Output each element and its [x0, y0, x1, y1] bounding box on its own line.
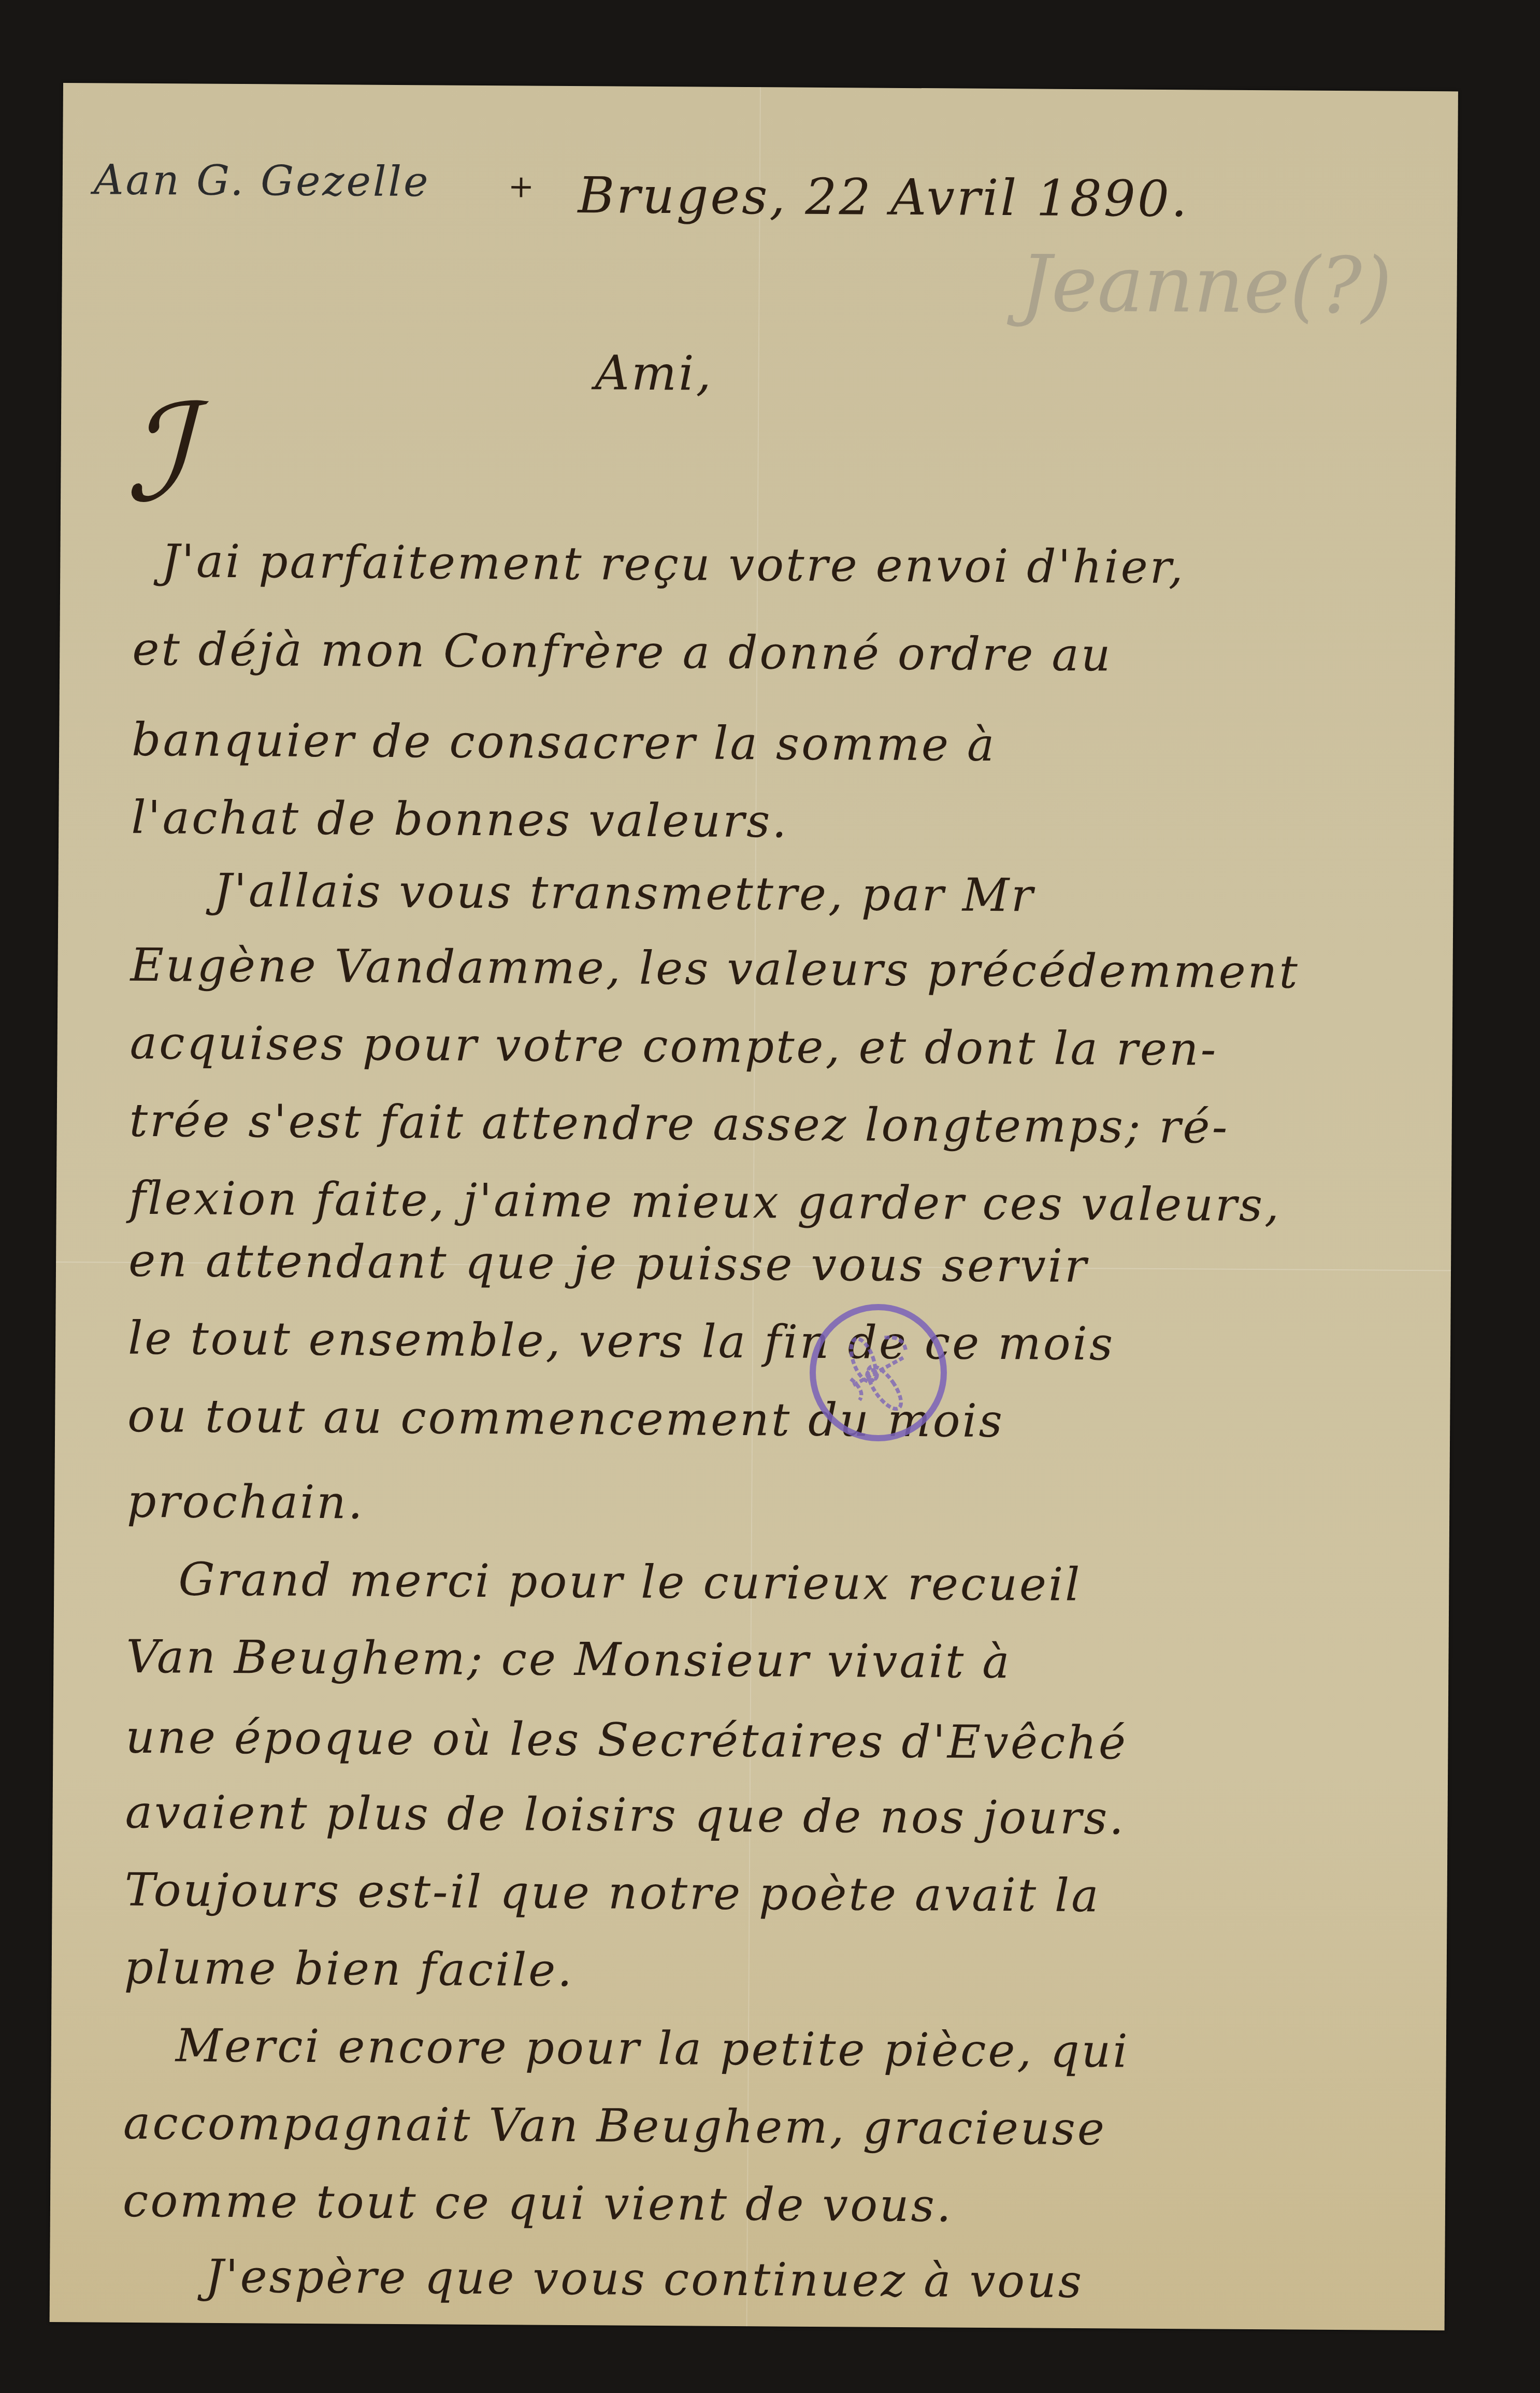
letter-line: et déjà mon Confrère a donné ordre au — [132, 622, 1113, 682]
pencil-annotation: Jeanne(?) — [1020, 239, 1392, 331]
recipient-note: Aan G. Gezelle — [94, 155, 430, 206]
letter-line: Grand merci pour le curieux recueil — [178, 1552, 1082, 1611]
letter-line: comme tout ce qui vient de vous. — [123, 2174, 953, 2232]
letter-line: flexion faite, j'aime mieux garder ces v… — [129, 1171, 1282, 1232]
letter-line: J'allais vous transmettre, par Mr — [213, 864, 1035, 922]
letter-line: prochain. — [127, 1474, 365, 1529]
initial-flourish-icon: ℐ — [125, 386, 190, 522]
letter-line: banquier de consacrer la somme à — [132, 713, 997, 771]
letter-line: en attendant que je puisse vous servir — [128, 1234, 1089, 1293]
letter-line: le tout ensemble, vers la fin de ce mois — [128, 1311, 1115, 1371]
letter-line: J'espère que vous continuez à vous — [205, 2249, 1084, 2308]
letter-line: accompagnait Van Beughem, gracieuse — [123, 2096, 1107, 2156]
floral-emblem-icon — [816, 1310, 941, 1435]
letter-line: acquises pour votre compte, et dont la r… — [129, 1016, 1218, 1076]
salutation: Ami, — [595, 345, 713, 401]
letter-line: Eugène Vandamme, les valeurs précédemmen… — [130, 938, 1300, 999]
letter-line: une époque où les Secrétaires d'Evêché — [125, 1710, 1128, 1770]
letter-line: Van Beughem; ce Monsieur vivait à — [126, 1630, 1012, 1688]
letter-line: avaient plus de loisirs que de nos jours… — [125, 1785, 1126, 1845]
place-date: Bruges, 22 Avril 1890. — [578, 166, 1189, 228]
letter-line: l'achat de bonnes valeurs. — [131, 791, 789, 848]
header-separator: + — [508, 168, 537, 205]
library-stamp — [810, 1304, 947, 1441]
letter-line: Merci encore pour la petite pièce, qui — [176, 2018, 1130, 2077]
letter-sheet: Aan G. Gezelle + Bruges, 22 Avril 1890. … — [50, 83, 1458, 2330]
letter-line: trée s'est fait attendre assez longtemps… — [129, 1094, 1229, 1154]
letter-line: plume bien facile. — [124, 1941, 574, 1997]
letter-line: Toujours est-il que notre poète avait la — [124, 1863, 1101, 1923]
letter-line: J'ai parfaitement reçu votre envoi d'hie… — [161, 534, 1185, 594]
